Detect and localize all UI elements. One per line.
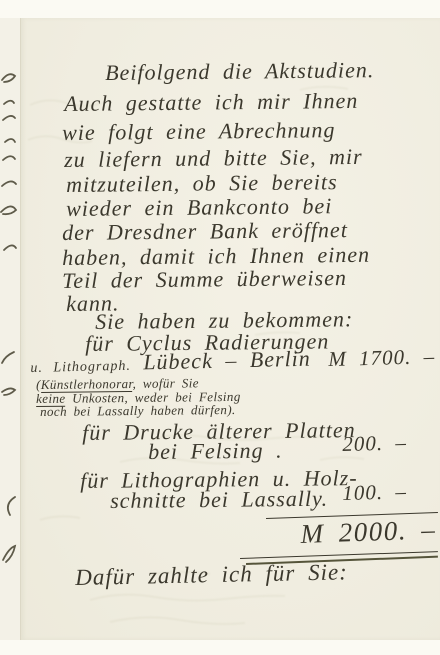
- billing-item-desc: schnitte bei Lassally.: [110, 486, 328, 514]
- handwritten-letter-scan: Beifolgend die Aktstudien. Auch gestatte…: [0, 0, 440, 655]
- facing-page-ink-strokes: [0, 0, 26, 655]
- billing-item-amount: 100. –: [342, 479, 407, 506]
- letter-line: Beifolgend die Aktstudien.: [105, 57, 374, 86]
- billing-item-amount: M 1700. –: [328, 344, 435, 372]
- billing-item-amount: 200. –: [342, 430, 407, 457]
- letter-line: wie folgt eine Abrechnung: [62, 117, 336, 146]
- billing-total: M 2000. –: [300, 514, 437, 550]
- inserted-abbreviation: u. Lithograph.: [30, 359, 131, 376]
- billing-item-note: noch bei Lassally haben dürfen).: [40, 402, 236, 420]
- letter-line: Auch gestatte ich mir Ihnen: [64, 88, 358, 117]
- billing-item-desc: bei Felsing .: [148, 438, 283, 465]
- billing-item-desc-main: Lübeck – Berlin: [143, 346, 311, 375]
